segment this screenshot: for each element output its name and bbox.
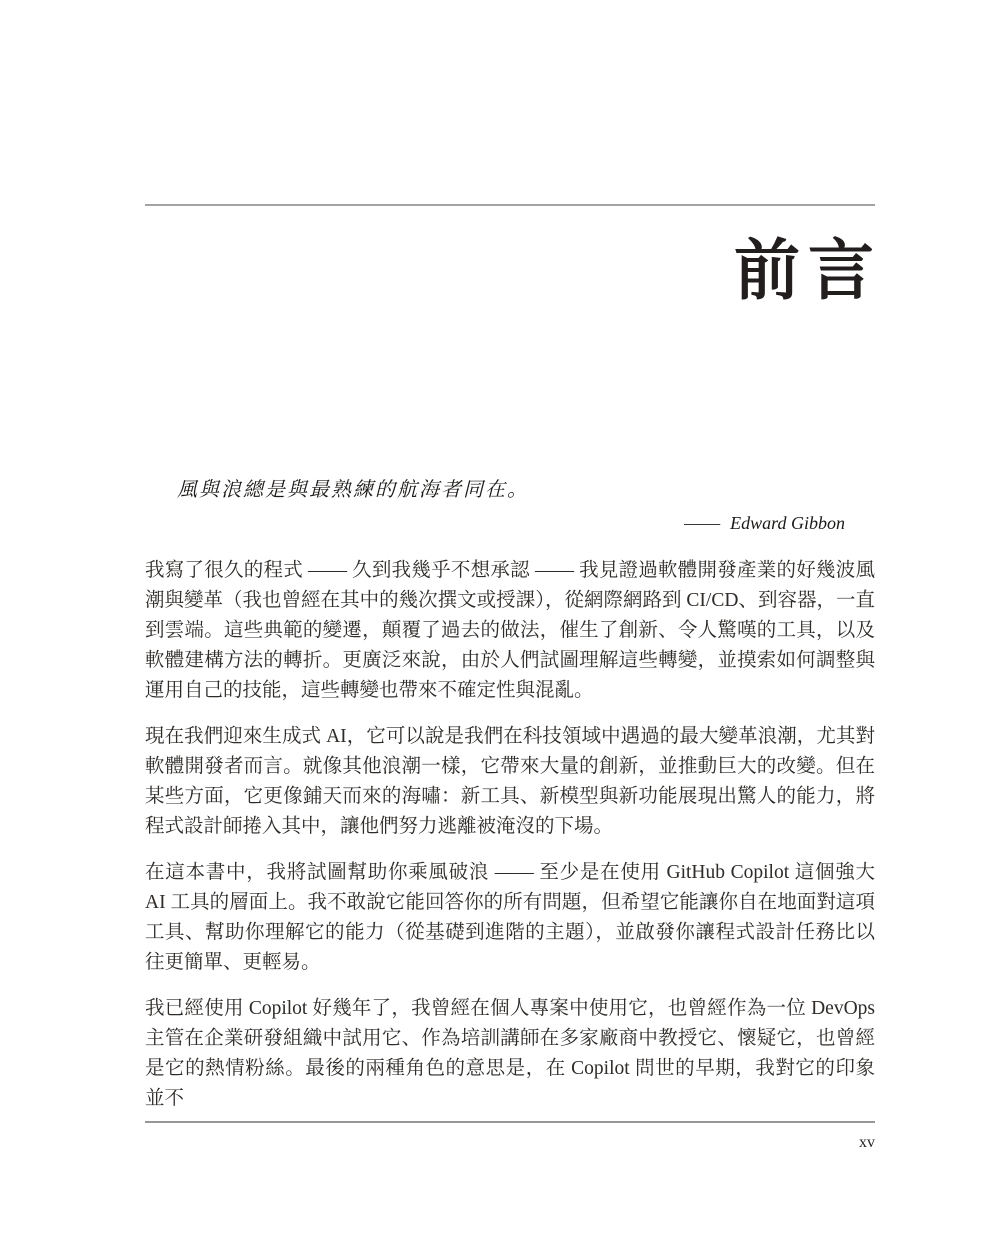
attribution-name: Edward Gibbon [730, 513, 845, 533]
page-title: 前言 [734, 234, 882, 307]
paragraph-1: 我寫了很久的程式 —— 久到我幾乎不想承認 —— 我見證過軟體開發產業的好幾波風… [145, 556, 875, 706]
bottom-rule [145, 1121, 875, 1123]
paragraph-2: 現在我們迎來生成式 AI，它可以說是我們在科技領域中遇過的最大變革浪潮，尤其對軟… [145, 722, 875, 842]
attribution-dash: —— [684, 513, 720, 533]
paragraph-4: 我已經使用 Copilot 好幾年了，我曾經在個人專案中使用它，也曾經作為一位 … [145, 994, 875, 1114]
epigraph-attribution: ——Edward Gibbon [145, 510, 875, 536]
top-rule [145, 204, 875, 206]
book-page: 前言 風與浪總是與最熟練的航海者同在。 ——Edward Gibbon 我寫了很… [0, 0, 1000, 1236]
preface-body: 我寫了很久的程式 —— 久到我幾乎不想承認 —— 我見證過軟體開發產業的好幾波風… [145, 556, 875, 1130]
page-number: xv [145, 1132, 875, 1154]
paragraph-3: 在這本書中，我將試圖幫助你乘風破浪 —— 至少是在使用 GitHub Copil… [145, 858, 875, 978]
epigraph-quote: 風與浪總是與最熟練的航海者同在。 [145, 476, 875, 504]
